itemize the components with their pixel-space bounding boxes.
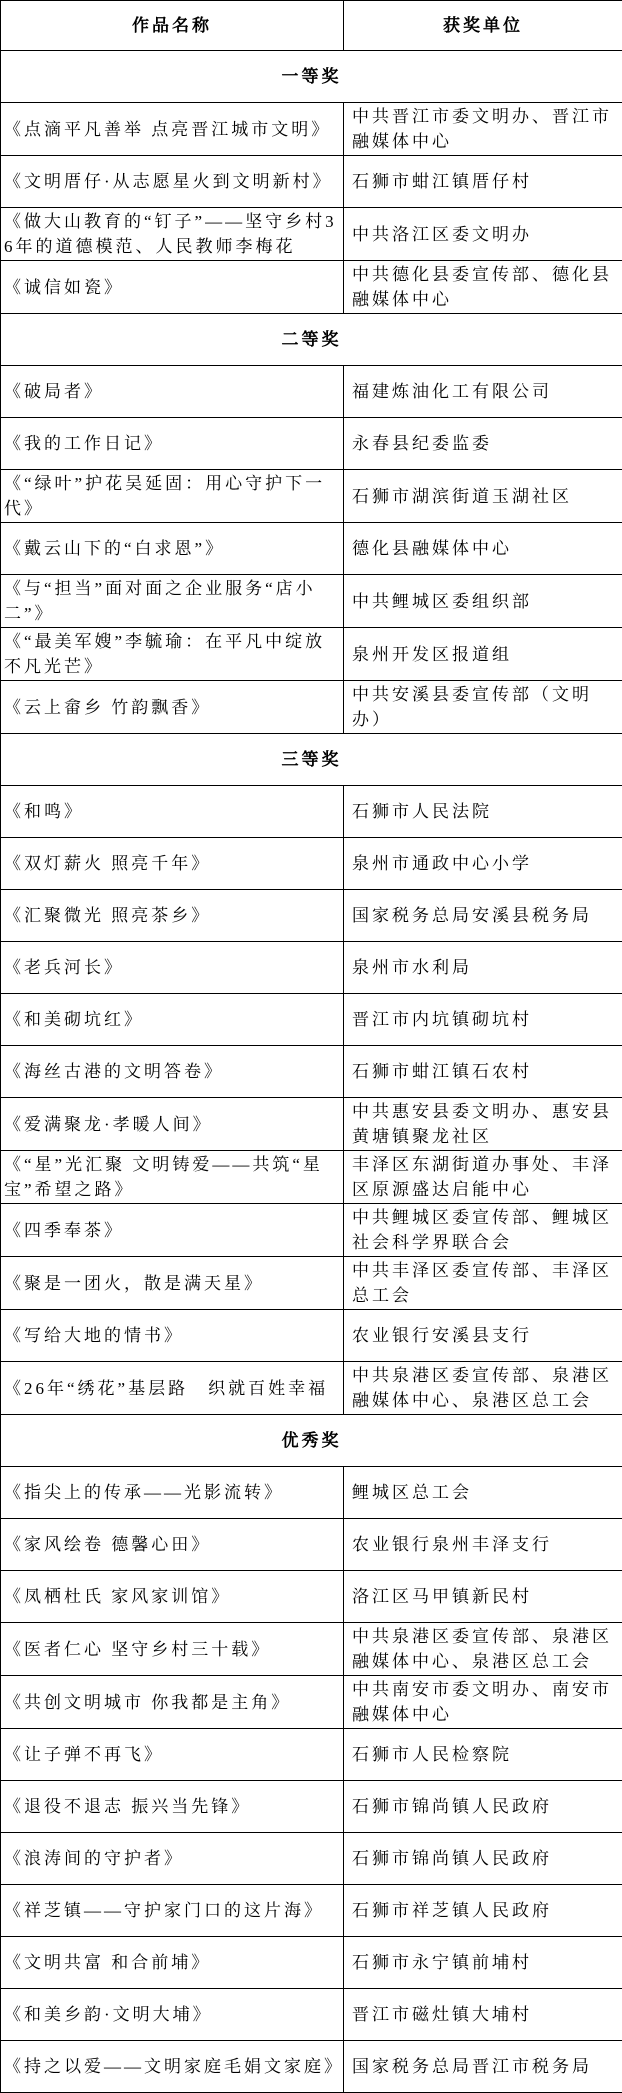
- table-row: 《与“担当”面对面之企业服务“店小二”》中共鲤城区委组织部: [1, 575, 622, 628]
- work-title-cell: 《爱满聚龙·孝暖人间》: [1, 1098, 344, 1151]
- table-row: 《共创文明城市 你我都是主角》中共南安市委文明办、南安市融媒体中心: [1, 1676, 622, 1729]
- award-unit-cell: 永春县纪委监委: [344, 418, 622, 470]
- award-unit-cell: 中共南安市委文明办、南安市融媒体中心: [344, 1676, 622, 1729]
- work-title-cell: 《持之以爱——文明家庭毛娟文家庭》: [1, 2041, 344, 2093]
- table-row: 《“星”光汇聚 文明铸爱——共筑“星宝”希望之路》丰泽区东湖街道办事处、丰泽区原…: [1, 1151, 622, 1204]
- award-unit-cell: 石狮市锦尚镇人民政府: [344, 1833, 622, 1885]
- work-title-cell: 《“绿叶”护花吴延固：用心守护下一代》: [1, 470, 344, 523]
- work-title-cell: 《汇聚微光 照亮茶乡》: [1, 890, 344, 942]
- table-row: 《破局者》福建炼油化工有限公司: [1, 366, 622, 418]
- table-row: 《做大山教育的“钉子”——坚守乡村36年的道德模范、人民教师李梅花中共洛江区委文…: [1, 208, 622, 261]
- table-row: 《和鸣》石狮市人民法院: [1, 786, 622, 838]
- work-title-cell: 《家风绘卷 德馨心田》: [1, 1519, 344, 1571]
- section-title: 三等奖: [1, 734, 622, 786]
- award-unit-cell: 石狮市湖滨街道玉湖社区: [344, 470, 622, 523]
- award-unit-cell: 中共鲤城区委组织部: [344, 575, 622, 628]
- work-title-cell: 《祥芝镇——守护家门口的这片海》: [1, 1885, 344, 1937]
- work-title-cell: 《“星”光汇聚 文明铸爱——共筑“星宝”希望之路》: [1, 1151, 344, 1204]
- award-unit-cell: 洛江区马甲镇新民村: [344, 1571, 622, 1623]
- work-title-cell: 《共创文明城市 你我都是主角》: [1, 1676, 344, 1729]
- work-title-cell: 《做大山教育的“钉子”——坚守乡村36年的道德模范、人民教师李梅花: [1, 208, 344, 261]
- work-title-cell: 《退役不退志 振兴当先锋》: [1, 1781, 344, 1833]
- section-title: 优秀奖: [1, 1415, 622, 1467]
- table-row: 《聚是一团火，散是满天星》中共丰泽区委宣传部、丰泽区总工会: [1, 1257, 622, 1310]
- award-unit-cell: 石狮市祥芝镇人民政府: [344, 1885, 622, 1937]
- table-row: 《点滴平凡善举 点亮晋江城市文明》中共晋江市委文明办、晋江市融媒体中心: [1, 103, 622, 156]
- section-row: 优秀奖: [1, 1415, 622, 1467]
- award-unit-cell: 石狮市蚶江镇石农村: [344, 1046, 622, 1098]
- award-unit-cell: 丰泽区东湖街道办事处、丰泽区原源盛达启能中心: [344, 1151, 622, 1204]
- award-unit-cell: 晋江市磁灶镇大埔村: [344, 1989, 622, 2041]
- table-row: 《26年“绣花”基层路 织就百姓幸福中共泉港区委宣传部、泉港区融媒体中心、泉港区…: [1, 1362, 622, 1415]
- award-unit-cell: 晋江市内坑镇砌坑村: [344, 994, 622, 1046]
- table-row: 《云上畲乡 竹韵飘香》中共安溪县委宣传部（文明办）: [1, 681, 622, 734]
- work-title-cell: 《四季奉茶》: [1, 1204, 344, 1257]
- award-unit-cell: 鲤城区总工会: [344, 1467, 622, 1519]
- work-title-cell: 《文明厝仔·从志愿星火到文明新村》: [1, 156, 344, 208]
- table-row: 《老兵河长》泉州市水利局: [1, 942, 622, 994]
- work-title-cell: 《写给大地的情书》: [1, 1310, 344, 1362]
- award-unit-cell: 农业银行安溪县支行: [344, 1310, 622, 1362]
- section-row: 二等奖: [1, 314, 622, 366]
- award-unit-cell: 德化县融媒体中心: [344, 523, 622, 575]
- table-row: 《文明厝仔·从志愿星火到文明新村》石狮市蚶江镇厝仔村: [1, 156, 622, 208]
- work-title-cell: 《医者仁心 坚守乡村三十载》: [1, 1623, 344, 1676]
- table-row: 《双灯薪火 照亮千年》泉州市通政中心小学: [1, 838, 622, 890]
- award-unit-cell: 中共安溪县委宣传部（文明办）: [344, 681, 622, 734]
- awards-table: 作品名称 获奖单位 一等奖《点滴平凡善举 点亮晋江城市文明》中共晋江市委文明办、…: [0, 0, 622, 2093]
- awards-table-body: 一等奖《点滴平凡善举 点亮晋江城市文明》中共晋江市委文明办、晋江市融媒体中心《文…: [1, 51, 622, 2093]
- table-row: 《“最美军嫂”李毓瑜：在平凡中绽放不凡光芒》泉州开发区报道组: [1, 628, 622, 681]
- table-row: 《海丝古港的文明答卷》石狮市蚶江镇石农村: [1, 1046, 622, 1098]
- work-title-cell: 《破局者》: [1, 366, 344, 418]
- work-title-cell: 《和美乡韵·文明大埔》: [1, 1989, 344, 2041]
- award-unit-cell: 泉州市通政中心小学: [344, 838, 622, 890]
- award-unit-cell: 石狮市蚶江镇厝仔村: [344, 156, 622, 208]
- table-row: 《家风绘卷 德馨心田》农业银行泉州丰泽支行: [1, 1519, 622, 1571]
- award-unit-cell: 农业银行泉州丰泽支行: [344, 1519, 622, 1571]
- column-header-work-title: 作品名称: [1, 1, 344, 51]
- work-title-cell: 《云上畲乡 竹韵飘香》: [1, 681, 344, 734]
- table-row: 《退役不退志 振兴当先锋》石狮市锦尚镇人民政府: [1, 1781, 622, 1833]
- work-title-cell: 《文明共富 和合前埔》: [1, 1937, 344, 1989]
- award-unit-cell: 中共德化县委宣传部、德化县融媒体中心: [344, 261, 622, 314]
- award-unit-cell: 中共丰泽区委宣传部、丰泽区总工会: [344, 1257, 622, 1310]
- work-title-cell: 《凤栖杜氏 家风家训馆》: [1, 1571, 344, 1623]
- table-row: 《医者仁心 坚守乡村三十载》中共泉港区委宣传部、泉港区融媒体中心、泉港区总工会: [1, 1623, 622, 1676]
- work-title-cell: 《双灯薪火 照亮千年》: [1, 838, 344, 890]
- work-title-cell: 《点滴平凡善举 点亮晋江城市文明》: [1, 103, 344, 156]
- award-unit-cell: 国家税务总局晋江市税务局: [344, 2041, 622, 2093]
- award-unit-cell: 中共惠安县委文明办、惠安县黄塘镇聚龙社区: [344, 1098, 622, 1151]
- award-unit-cell: 中共洛江区委文明办: [344, 208, 622, 261]
- work-title-cell: 《聚是一团火，散是满天星》: [1, 1257, 344, 1310]
- table-row: 《戴云山下的“白求恩”》德化县融媒体中心: [1, 523, 622, 575]
- section-title: 二等奖: [1, 314, 622, 366]
- award-unit-cell: 国家税务总局安溪县税务局: [344, 890, 622, 942]
- table-row: 《汇聚微光 照亮茶乡》国家税务总局安溪县税务局: [1, 890, 622, 942]
- award-unit-cell: 中共泉港区委宣传部、泉港区融媒体中心、泉港区总工会: [344, 1623, 622, 1676]
- table-row: 《持之以爱——文明家庭毛娟文家庭》国家税务总局晋江市税务局: [1, 2041, 622, 2093]
- award-unit-cell: 福建炼油化工有限公司: [344, 366, 622, 418]
- work-title-cell: 《浪涛间的守护者》: [1, 1833, 344, 1885]
- work-title-cell: 《26年“绣花”基层路 织就百姓幸福: [1, 1362, 344, 1415]
- work-title-cell: 《海丝古港的文明答卷》: [1, 1046, 344, 1098]
- award-unit-cell: 石狮市人民检察院: [344, 1729, 622, 1781]
- table-row: 《文明共富 和合前埔》石狮市永宁镇前埔村: [1, 1937, 622, 1989]
- award-unit-cell: 石狮市人民法院: [344, 786, 622, 838]
- work-title-cell: 《诚信如瓷》: [1, 261, 344, 314]
- table-row: 《爱满聚龙·孝暖人间》中共惠安县委文明办、惠安县黄塘镇聚龙社区: [1, 1098, 622, 1151]
- work-title-cell: 《戴云山下的“白求恩”》: [1, 523, 344, 575]
- table-row: 《四季奉茶》中共鲤城区委宣传部、鲤城区社会科学界联合会: [1, 1204, 622, 1257]
- table-row: 《“绿叶”护花吴延固：用心守护下一代》石狮市湖滨街道玉湖社区: [1, 470, 622, 523]
- table-row: 《写给大地的情书》农业银行安溪县支行: [1, 1310, 622, 1362]
- award-unit-cell: 泉州开发区报道组: [344, 628, 622, 681]
- table-row: 《诚信如瓷》中共德化县委宣传部、德化县融媒体中心: [1, 261, 622, 314]
- award-unit-cell: 中共鲤城区委宣传部、鲤城区社会科学界联合会: [344, 1204, 622, 1257]
- award-unit-cell: 中共晋江市委文明办、晋江市融媒体中心: [344, 103, 622, 156]
- work-title-cell: 《“最美军嫂”李毓瑜：在平凡中绽放不凡光芒》: [1, 628, 344, 681]
- table-row: 《我的工作日记》永春县纪委监委: [1, 418, 622, 470]
- award-unit-cell: 泉州市水利局: [344, 942, 622, 994]
- work-title-cell: 《和鸣》: [1, 786, 344, 838]
- work-title-cell: 《我的工作日记》: [1, 418, 344, 470]
- section-title: 一等奖: [1, 51, 622, 103]
- section-row: 三等奖: [1, 734, 622, 786]
- column-header-award-unit: 获奖单位: [344, 1, 622, 51]
- table-row: 《浪涛间的守护者》石狮市锦尚镇人民政府: [1, 1833, 622, 1885]
- award-unit-cell: 中共泉港区委宣传部、泉港区融媒体中心、泉港区总工会: [344, 1362, 622, 1415]
- table-row: 《祥芝镇——守护家门口的这片海》石狮市祥芝镇人民政府: [1, 1885, 622, 1937]
- award-unit-cell: 石狮市锦尚镇人民政府: [344, 1781, 622, 1833]
- work-title-cell: 《老兵河长》: [1, 942, 344, 994]
- table-row: 《和美乡韵·文明大埔》晋江市磁灶镇大埔村: [1, 1989, 622, 2041]
- work-title-cell: 《指尖上的传承——光影流转》: [1, 1467, 344, 1519]
- work-title-cell: 《与“担当”面对面之企业服务“店小二”》: [1, 575, 344, 628]
- table-row: 《让子弹不再飞》石狮市人民检察院: [1, 1729, 622, 1781]
- table-row: 《和美砌坑红》晋江市内坑镇砌坑村: [1, 994, 622, 1046]
- section-row: 一等奖: [1, 51, 622, 103]
- table-row: 《凤栖杜氏 家风家训馆》洛江区马甲镇新民村: [1, 1571, 622, 1623]
- work-title-cell: 《让子弹不再飞》: [1, 1729, 344, 1781]
- table-header-row: 作品名称 获奖单位: [1, 1, 622, 51]
- award-unit-cell: 石狮市永宁镇前埔村: [344, 1937, 622, 1989]
- work-title-cell: 《和美砌坑红》: [1, 994, 344, 1046]
- table-row: 《指尖上的传承——光影流转》鲤城区总工会: [1, 1467, 622, 1519]
